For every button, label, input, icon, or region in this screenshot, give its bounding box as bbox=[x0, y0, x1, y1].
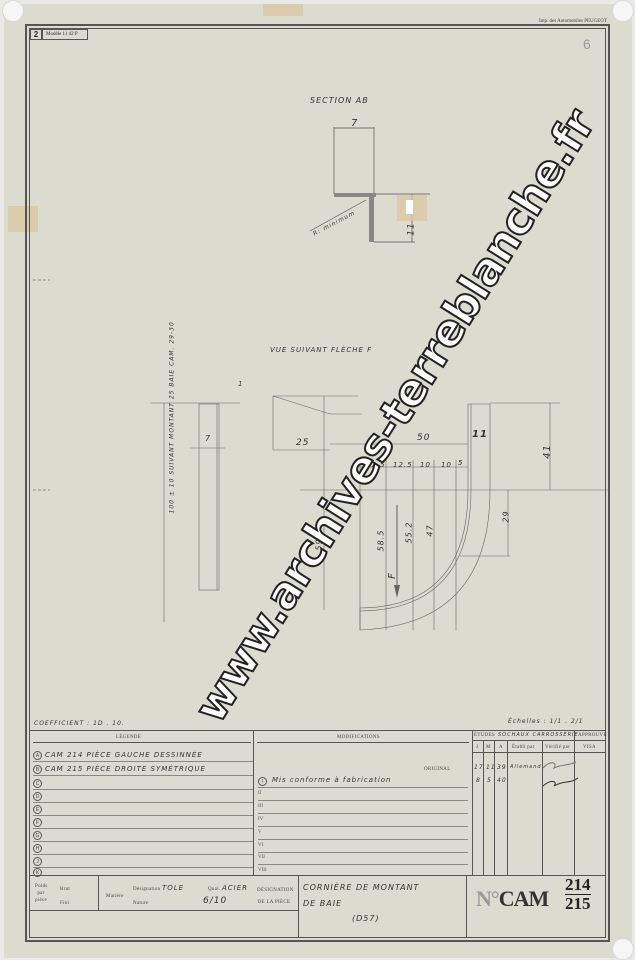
mod-text: Mis conforme à fabrication bbox=[272, 776, 391, 784]
dim-11: 11 bbox=[472, 429, 488, 440]
mod-number: I bbox=[258, 777, 267, 786]
legend-text: CAM 215 PIÈCE DROITE SYMÉTRIQUE bbox=[45, 765, 206, 773]
legend-row: G bbox=[33, 830, 253, 842]
mod-number: VIII bbox=[258, 868, 267, 873]
modification-row: VII bbox=[258, 853, 468, 865]
side-width-dim: 7 bbox=[205, 434, 211, 443]
legend-key: E bbox=[33, 805, 42, 814]
legend-key: H bbox=[33, 844, 42, 853]
mod-number: VII bbox=[258, 855, 265, 860]
modification-row: V bbox=[258, 828, 468, 840]
modification-row: III bbox=[258, 802, 468, 814]
dim-25: 25 bbox=[296, 438, 309, 448]
view-title: VUE SUIVANT FLÈCHE F bbox=[270, 346, 372, 354]
legend-row: D bbox=[33, 791, 253, 803]
modification-row: VIII bbox=[258, 866, 468, 875]
row1-m: 11 bbox=[486, 764, 496, 771]
legend-key: A bbox=[33, 751, 42, 760]
cam-number-fraction: 214215 bbox=[565, 876, 591, 913]
studies-col bbox=[494, 740, 495, 875]
col-etabli: Établi par bbox=[512, 745, 535, 750]
piece-designation-label: DÉSIGNATION DE LA PIÈCE bbox=[257, 885, 291, 909]
top-offset-dim: 1 bbox=[238, 380, 243, 388]
legend-row: F bbox=[33, 817, 253, 829]
tb-top-line bbox=[29, 730, 606, 731]
cam-number-bottom: 215 bbox=[565, 895, 591, 913]
studies-col bbox=[574, 731, 575, 875]
nature-label: Nature bbox=[133, 901, 148, 906]
material-line bbox=[29, 910, 299, 911]
designation-value: TOLE bbox=[162, 884, 184, 892]
studies-line-2 bbox=[472, 752, 606, 753]
piece-name-line3: (D57) bbox=[352, 914, 380, 923]
piece-name-line1: CORNIÈRE DE MONTANT bbox=[303, 883, 419, 892]
col-verifie: Vérifié par bbox=[545, 745, 570, 750]
section-height: 11 bbox=[407, 222, 417, 235]
legend-row: K bbox=[33, 867, 253, 875]
row2-m: 5 bbox=[487, 777, 492, 784]
side-view-note: 100 ± 10 SUIVANT MONTANT 25 BAIE CAM. 29… bbox=[169, 354, 176, 514]
height-55-2: 55.2 bbox=[404, 522, 413, 544]
legend-header-line bbox=[33, 742, 251, 743]
mod-number: VI bbox=[258, 843, 263, 848]
material-col bbox=[98, 876, 99, 910]
legend-key: K bbox=[33, 868, 42, 877]
row1-a: 39 bbox=[497, 764, 507, 771]
cam-prefix: N° bbox=[476, 886, 499, 911]
legend-key: J bbox=[33, 857, 42, 866]
studies-header: ÉTUDES bbox=[474, 733, 495, 738]
mod-number: II bbox=[258, 791, 261, 796]
dim-29: 29 bbox=[502, 510, 511, 522]
designation-label: Désignation bbox=[133, 887, 160, 892]
arrow-f-label: F bbox=[387, 572, 398, 579]
legend-row: E bbox=[33, 804, 253, 816]
row1-j: 17 bbox=[474, 764, 484, 771]
legend-key: C bbox=[33, 779, 42, 788]
section-title: SECTION AB bbox=[310, 96, 369, 105]
cam-number-label: N°CAM bbox=[476, 886, 548, 912]
coefficient: COEFFICIENT : 1D . 10. bbox=[34, 720, 125, 727]
legend-key: F bbox=[33, 818, 42, 827]
nature-value: 6/10 bbox=[203, 896, 227, 906]
mod-number: IV bbox=[258, 817, 263, 822]
legend-key: D bbox=[33, 792, 42, 801]
row2-a: 40 bbox=[497, 777, 507, 784]
col-visa: VISA bbox=[583, 745, 596, 750]
height-47: 47 bbox=[426, 524, 435, 536]
material-col bbox=[298, 876, 299, 938]
signature-icon bbox=[540, 756, 580, 790]
col-m: M bbox=[486, 745, 491, 750]
legend-row: H bbox=[33, 843, 253, 855]
modification-row: VI bbox=[258, 841, 468, 853]
mod-number: V bbox=[258, 830, 262, 835]
section-width: 7 bbox=[351, 118, 358, 129]
studies-dept: SOCHAUX CARROSSERIE bbox=[498, 732, 579, 738]
legend-row: BCAM 215 PIÈCE DROITE SYMÉTRIQUE bbox=[33, 764, 253, 776]
legend-key: B bbox=[33, 765, 42, 774]
spacing-4: 10 bbox=[441, 461, 452, 469]
studies-line-1 bbox=[472, 740, 606, 741]
fini-label: Fini bbox=[60, 901, 69, 906]
mod-header-line bbox=[257, 742, 469, 743]
modifications-header: MODIFICATIONS bbox=[337, 735, 380, 740]
spacing-3: 10 bbox=[420, 461, 431, 469]
modification-row: IV bbox=[258, 815, 468, 827]
legend-row: ACAM 214 PIÈCE GAUCHE DESSINNÉE bbox=[33, 750, 253, 762]
col-j: J bbox=[476, 745, 478, 750]
matiere-label: Matière bbox=[106, 894, 124, 899]
tb-divider-1 bbox=[253, 730, 254, 875]
scales: Échelles : 1/1 . 2/1 bbox=[508, 718, 584, 725]
original-label: ORIGINAL bbox=[424, 767, 451, 772]
material-col bbox=[466, 876, 467, 938]
piece-name-line2: DE BAIE bbox=[303, 899, 342, 908]
qualite-value: ACIER bbox=[222, 884, 248, 892]
col-a: A bbox=[499, 745, 503, 750]
legend-key: G bbox=[33, 831, 42, 840]
legend-header: LÉGENDE bbox=[116, 735, 141, 740]
mod-number: III bbox=[258, 804, 263, 809]
row1-etabli: Allemand bbox=[510, 764, 542, 770]
legend-row: C bbox=[33, 778, 253, 790]
modification-row: II bbox=[258, 789, 468, 801]
row2-j: 8 bbox=[476, 777, 481, 784]
dim-41: 41 bbox=[542, 444, 553, 459]
studies-col bbox=[507, 740, 508, 875]
studies-col bbox=[483, 740, 484, 875]
cam-number-top: 214 bbox=[565, 876, 591, 894]
dim-50: 50 bbox=[417, 433, 430, 443]
height-58-5: 58.5 bbox=[376, 530, 385, 552]
brut-label: Brut bbox=[60, 887, 70, 892]
weight-label: Poids par pièce bbox=[35, 883, 47, 904]
cam-label: CAM bbox=[499, 886, 549, 911]
approval-header: APPROUVÉ bbox=[578, 733, 607, 738]
qualite-label: Qual. bbox=[208, 887, 220, 892]
legend-text: CAM 214 PIÈCE GAUCHE DESSINNÉE bbox=[45, 751, 203, 759]
tb-bottom-line bbox=[29, 875, 606, 876]
modification-row: IMis conforme à fabrication bbox=[258, 776, 468, 788]
spacing-5: 5 bbox=[458, 459, 463, 467]
